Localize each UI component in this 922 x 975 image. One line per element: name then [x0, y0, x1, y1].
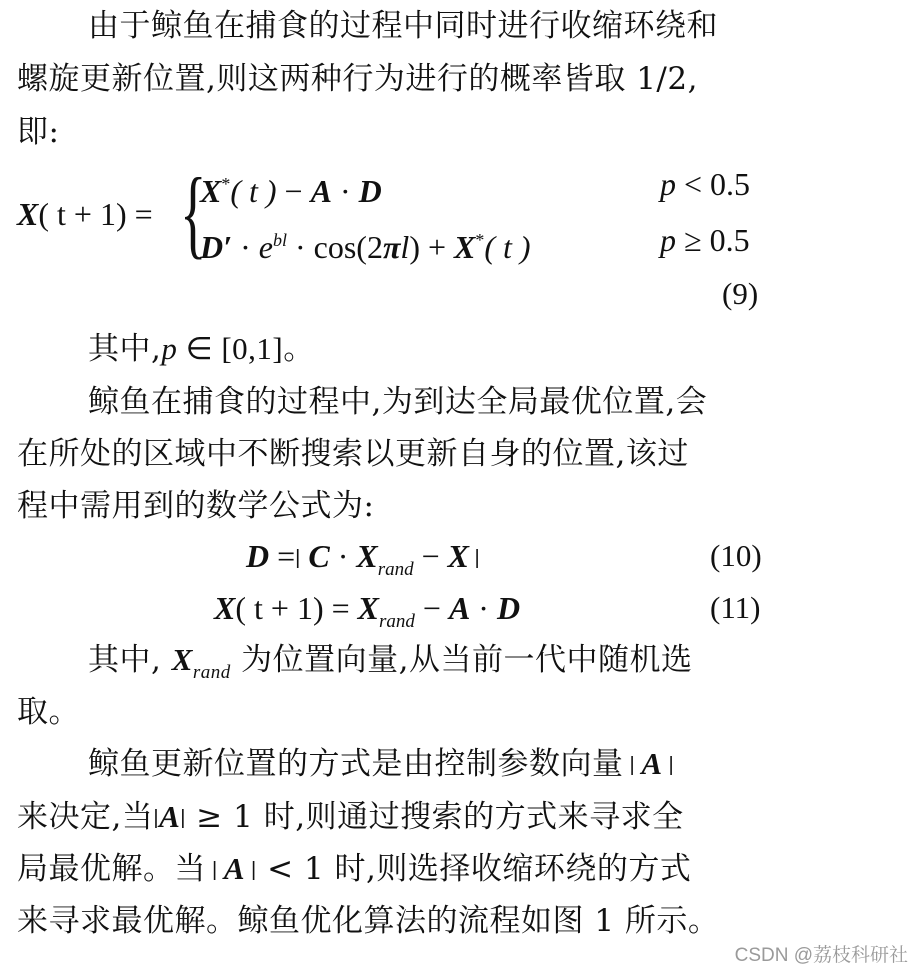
equation-9-condition-1: p < 0.5	[660, 164, 750, 204]
paragraph-3-line-1: 鲸鱼在捕食的过程中,为到达全局最优位置,会	[88, 384, 707, 420]
paragraph-3-line-3: 程中需用到的数学公式为:	[17, 488, 374, 524]
equation-9-lhs: X( t + 1) =	[17, 194, 153, 234]
paragraph-5-line-3: 局最优解。当 | A | < 1 时,则选择收缩环绕的方式	[17, 851, 691, 888]
paragraph-5-line-4: 来寻求最优解。鲸鱼优化算法的流程如图 1 所示。	[17, 903, 719, 939]
equation-9-number: (9)	[722, 276, 758, 312]
equation-9-condition-2: p ≥ 0.5	[660, 220, 750, 260]
paragraph-4-line-2: 取。	[17, 694, 80, 730]
paragraph-1-line-3: 即:	[17, 114, 59, 150]
paragraph-2: 其中,p ∈ [0,1]。	[88, 331, 315, 367]
equation-11-body: X( t + 1) = Xrand − A · D	[214, 588, 520, 642]
equation-11-number: (11)	[710, 590, 761, 626]
paragraph-4-line-1: 其中, Xrand 为位置向量,从当前一代中随机选	[88, 642, 693, 691]
paragraph-5-line-2: 来决定,当|A| ≥ 1 时,则通过搜索的方式来寻求全	[17, 799, 684, 836]
equation-10-body: D =| C · Xrand − X |	[246, 536, 480, 590]
paragraph-3-line-2: 在所处的区域中不断搜索以更新自身的位置,该过	[17, 436, 689, 472]
equation-9-case-1: X*( t ) − A · D	[200, 164, 382, 211]
equation-9-case-2: D′ · ebl · cos(2πl) + X*( t )	[200, 220, 531, 267]
equation-10-number: (10)	[710, 538, 762, 574]
paragraph-5-line-1: 鲸鱼更新位置的方式是由控制参数向量 | A |	[88, 746, 674, 783]
csdn-watermark: CSDN @荔枝科研社	[735, 940, 908, 967]
paragraph-1-line-1: 由于鲸鱼在捕食的过程中同时进行收缩环绕和	[88, 8, 718, 44]
paragraph-1-line-2: 螺旋更新位置,则这两种行为进行的概率皆取 1/2,	[17, 61, 698, 97]
